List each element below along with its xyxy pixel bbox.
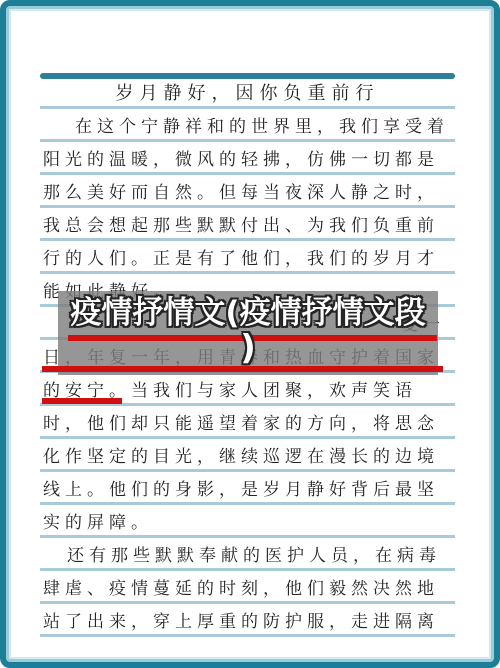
essay-line-15: 肆虐、疫情蔓延的时刻，他们毅然决然地 (40, 571, 455, 604)
essay-line-text: 时，他们却只能遥望着家的方向，将思念 (43, 415, 439, 434)
essay-line-text: 实的屏障。 (43, 514, 153, 533)
essay-line-12: 线上。他们的身影，是岁月静好背后最坚 (40, 472, 455, 505)
red-underline-2 (42, 366, 443, 372)
essay-line-text: 在这个宁静祥和的世界里，我们享受着 (75, 118, 449, 137)
essay-line-5: 行的人们。正是有了他们，我们的岁月才 (40, 241, 455, 274)
page: 岁月静好，因你负重前行 在这个宁静祥和的世界里，我们享受着阳光的温暖，微风的轻拂… (0, 0, 500, 668)
essay-line-2: 阳光的温暖，微风的轻拂，仿佛一切都是 (40, 142, 455, 175)
essay-line-4: 我总会想起那些默默付出、为我们负重前 (40, 208, 455, 241)
essay-line-text: 线上。他们的身影，是岁月静好背后最坚 (43, 481, 439, 500)
essay-line-1: 在这个宁静祥和的世界里，我们享受着 (40, 109, 455, 142)
essay-line-3: 那么美好而自然。但每当夜深人静之时， (40, 175, 455, 208)
essay-line-13: 实的屏障。 (40, 505, 455, 538)
essay-line-10: 时，他们却只能遥望着家的方向，将思念 (40, 406, 455, 439)
essay-title: 岁月静好，因你负重前行 (116, 84, 380, 104)
essay-line-text: 阳光的温暖，微风的轻拂，仿佛一切都是 (43, 151, 439, 170)
essay-line-text: 还有那些默默奉献的医护人员，在病毒 (67, 547, 441, 566)
essay-title-row: 岁月静好，因你负重前行 (40, 79, 455, 109)
essay-line-text: 站了出来，穿上厚重的防护服，走进隔离 (43, 613, 439, 632)
essay-line-14: 还有那些默默奉献的医护人员，在病毒 (40, 538, 455, 571)
headline-overlay-background (58, 291, 438, 375)
red-underline-3 (42, 398, 122, 404)
essay-line-text: 肆虐、疫情蔓延的时刻，他们毅然决然地 (43, 580, 439, 599)
red-underline-1 (68, 335, 437, 341)
essay-line-text: 我总会想起那些默默付出、为我们负重前 (43, 217, 439, 236)
essay-line-text: 那么美好而自然。但每当夜深人静之时， (43, 184, 439, 203)
essay-line-text: 行的人们。正是有了他们，我们的岁月才 (43, 250, 439, 269)
essay-line-11: 化作坚定的目光，继续巡逻在漫长的边境 (40, 439, 455, 472)
essay-line-text: 化作坚定的目光，继续巡逻在漫长的边境 (43, 448, 439, 467)
essay-line-16: 站了出来，穿上厚重的防护服，走进隔离 (40, 604, 455, 637)
